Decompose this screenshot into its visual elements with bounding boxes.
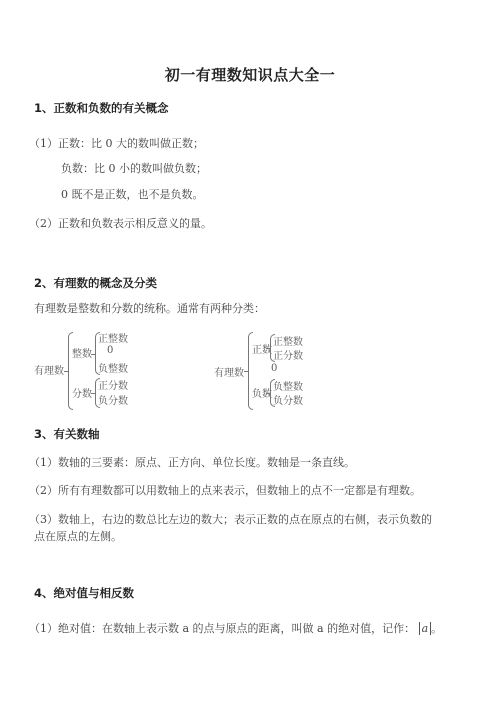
tree-a-leaf: 0 bbox=[107, 345, 113, 356]
tree-b-leaf: 正分数 bbox=[273, 347, 303, 362]
document-title: 初一有理数知识点大全一 bbox=[0, 64, 500, 85]
tree-a-leaf: 正分数 bbox=[98, 377, 128, 392]
section-3-line-1: （1）数轴的三要素：原点、正方向、单位长度。数轴是一条直线。 bbox=[29, 454, 355, 470]
section-4-heading: 4、绝对值与相反数 bbox=[34, 585, 134, 601]
tree-b-leaf: 正整数 bbox=[273, 333, 303, 348]
section-1-line-1: （1）正数：比 0 大的数叫做正数； bbox=[29, 135, 204, 151]
section-3-heading: 3、有关数轴 bbox=[34, 426, 100, 442]
absolute-value-suffix: 。 bbox=[431, 622, 442, 635]
section-3-line-4: 点在原点的左侧。 bbox=[34, 528, 122, 544]
tree-a-group-2: 分数 bbox=[72, 385, 92, 400]
tree-a-leaf: 正整数 bbox=[98, 330, 128, 345]
section-1-line-4: （2）正数和负数表示相反意义的量。 bbox=[29, 215, 212, 231]
absolute-value-definition: （1）绝对值：在数轴上表示数 a 的点与原点的距离，叫做 a 的绝对值，记作： bbox=[29, 622, 415, 635]
section-4-line-1: （1）绝对值：在数轴上表示数 a 的点与原点的距离，叫做 a 的绝对值，记作： … bbox=[29, 620, 442, 636]
tree-a-group-1: 整数 bbox=[72, 345, 92, 360]
section-1-line-2: 负数：比 0 小的数叫做负数； bbox=[61, 160, 207, 176]
tree-a-root: 有理数 bbox=[34, 362, 64, 377]
tree-b-group-2: 0 bbox=[271, 363, 277, 374]
section-1-heading: 1、正数和负数的有关概念 bbox=[34, 100, 169, 116]
section-2-line-1: 有理数是整数和分数的统称。通常有两种分类： bbox=[34, 300, 265, 316]
tree-a-leaf: 负分数 bbox=[98, 392, 128, 407]
classification-diagram-by-type: 有理数 整数 正整数 0 负整数 分数 正分数 负分数 bbox=[34, 330, 204, 410]
tree-b-root: 有理数 bbox=[214, 364, 244, 379]
tree-a-leaf: 负整数 bbox=[98, 360, 128, 375]
section-3-line-3: （3）数轴上，右边的数总比左边的数大；表示正数的点在原点的右侧，表示负数的 bbox=[29, 511, 432, 527]
tree-b-leaf: 负分数 bbox=[273, 392, 303, 407]
section-1-line-3: 0 既不是正数，也不是负数。 bbox=[61, 186, 204, 202]
classification-diagram-by-sign: 有理数 正数 正整数 正分数 0 负数 负整数 负分数 bbox=[214, 330, 384, 410]
absolute-value-notation: a bbox=[419, 622, 432, 635]
section-3-line-2: （2）所有有理数都可以用数轴上的点来表示，但数轴上的点不一定都是有理数。 bbox=[29, 482, 421, 498]
section-2-heading: 2、有理数的概念及分类 bbox=[34, 275, 157, 291]
tree-b-leaf: 负整数 bbox=[273, 378, 303, 393]
